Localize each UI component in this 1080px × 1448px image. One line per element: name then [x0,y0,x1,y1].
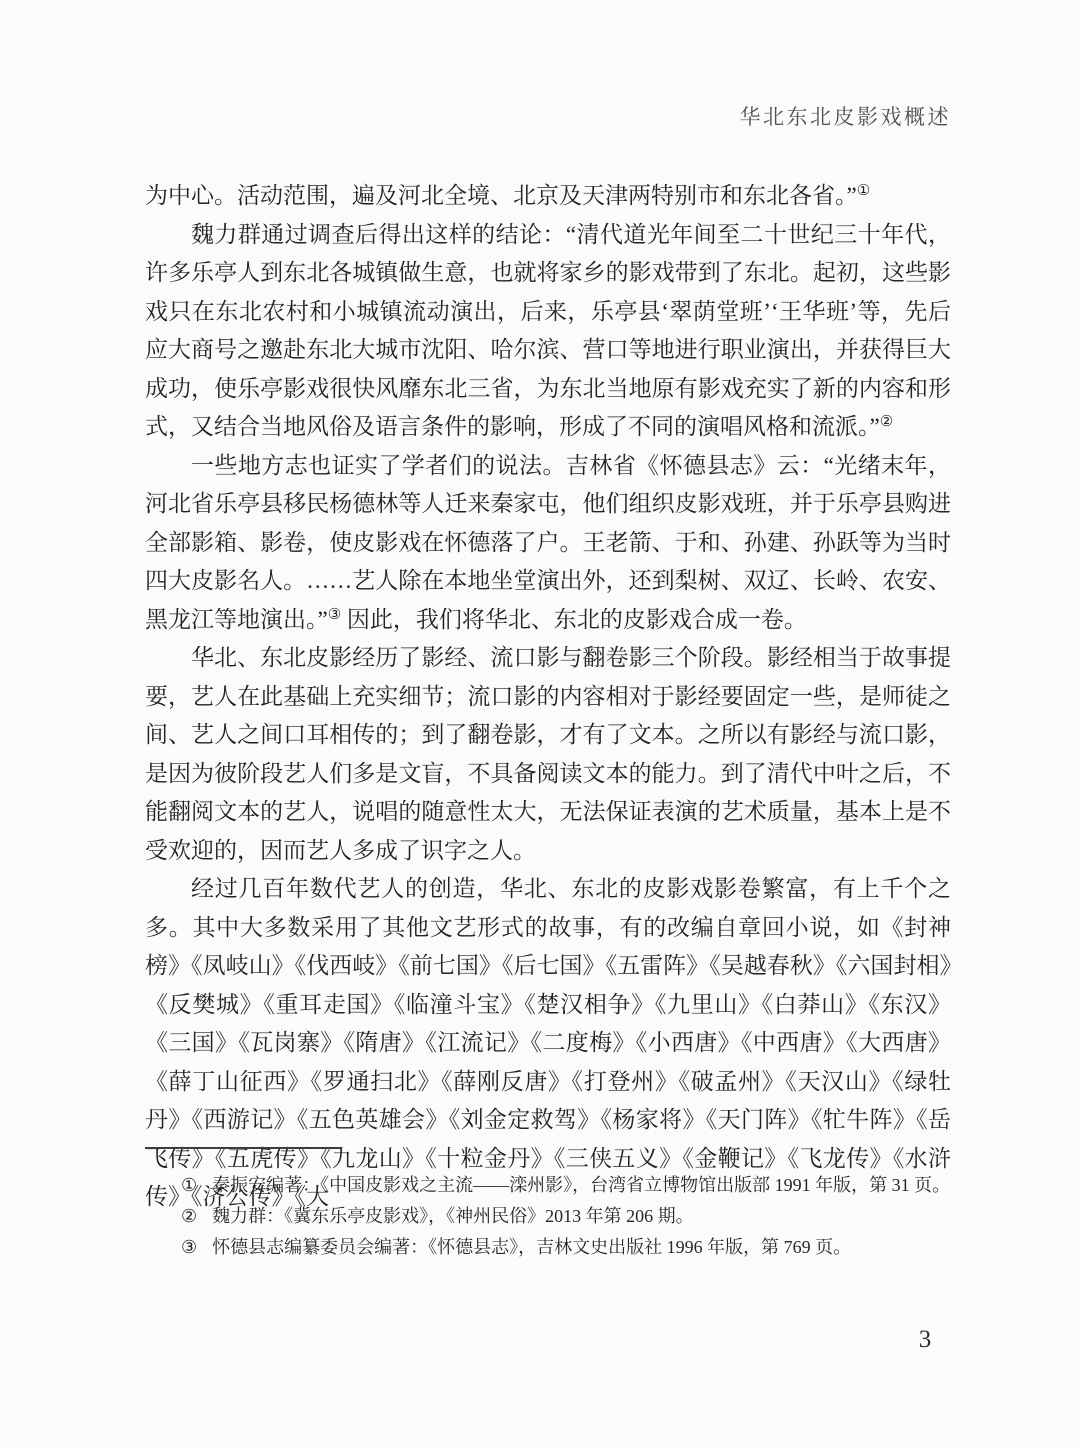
footnote-ref: ① [857,183,870,199]
footnote-divider [145,1147,342,1149]
footnote-marker: ② [181,1206,197,1226]
paragraph-text: 魏力群通过调查后得出这样的结论：“清代道光年间至二十世纪三十年代，许多乐亭人到东… [145,222,951,440]
paragraph: 为中心。活动范围，遍及河北全境、北京及天津两特别市和东北各省。”① [145,177,951,216]
footnote-item: ②魏力群：《冀东乐亭皮影戏》，《神州民俗》2013 年第 206 期。 [145,1201,951,1232]
footnote-marker: ③ [181,1237,197,1257]
paragraph: 魏力群通过调查后得出这样的结论：“清代道光年间至二十世纪三十年代，许多乐亭人到东… [145,216,951,447]
paragraph: 一些地方志也证实了学者们的说法。吉林省《怀德县志》云：“光绪末年，河北省乐亭县移… [145,447,951,640]
body-paragraphs: 为中心。活动范围，遍及河北全境、北京及天津两特别市和东北各省。”①魏力群通过调查… [145,177,951,1217]
paragraph-text: 因此，我们将华北、东北的皮影戏合成一卷。 [341,607,807,632]
paragraph: 华北、东北皮影经历了影经、流口影与翻卷影三个阶段。影经相当于故事提要，艺人在此基… [145,639,951,870]
footnote-list: ①秦振安编著：《中国皮影戏之主流——滦州影》，台湾省立博物馆出版部 1991 年… [145,1170,951,1263]
paragraph-text: 为中心。活动范围，遍及河北全境、北京及天津两特别市和东北各省。” [145,183,857,208]
footnote-ref: ② [880,414,893,430]
footnote-item: ③怀德县志编纂委员会编著：《怀德县志》，吉林文史出版社 1996 年版，第 76… [145,1232,951,1263]
footnote-marker: ① [181,1175,197,1195]
footnote-text: 秦振安编著：《中国皮影戏之主流——滦州影》，台湾省立博物馆出版部 1991 年版… [212,1175,950,1195]
paragraph-text: 一些地方志也证实了学者们的说法。吉林省《怀德县志》云：“光绪末年，河北省乐亭县移… [145,453,951,632]
page-number: 3 [895,1326,955,1354]
running-header: 华北东北皮影戏概述 [145,101,951,131]
footnote-ref: ③ [328,607,341,623]
footnote-text: 怀德县志编纂委员会编著：《怀德县志》，吉林文史出版社 1996 年版，第 769… [212,1237,851,1257]
book-page: 华北东北皮影戏概述 为中心。活动范围，遍及河北全境、北京及天津两特别市和东北各省… [0,0,1080,1448]
footnotes-section: ①秦振安编著：《中国皮影戏之主流——滦州影》，台湾省立博物馆出版部 1991 年… [145,1147,951,1263]
footnote-item: ①秦振安编著：《中国皮影戏之主流——滦州影》，台湾省立博物馆出版部 1991 年… [145,1170,951,1201]
paragraph-text: 华北、东北皮影经历了影经、流口影与翻卷影三个阶段。影经相当于故事提要，艺人在此基… [145,645,951,863]
footnote-text: 魏力群：《冀东乐亭皮影戏》，《神州民俗》2013 年第 206 期。 [212,1206,694,1226]
